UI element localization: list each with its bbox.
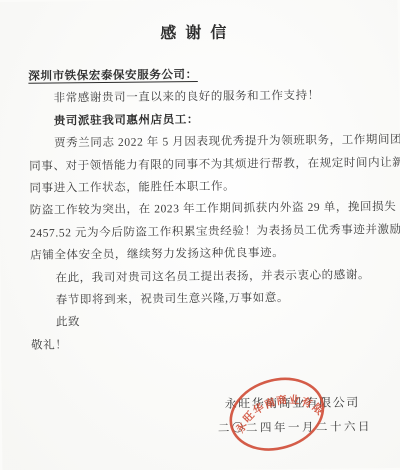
body-line: 同事、对于领悟能力有限的同事不为其烦进行帮教，在规定时间内让新 [29, 152, 373, 178]
body-line: 2457.52 元为今后防盗工作积累宝贵经验！为表扬员工优秀事迹并激励 [30, 219, 374, 245]
closing-salute-line: 敬礼！ [31, 331, 375, 357]
letter-title: 感谢信 [0, 0, 398, 45]
scanned-letter-page: 感谢信 深圳市铁保宏泰保安服务公司： 非常感谢贵司一直以来的良好的服务和工作支持… [0, 0, 400, 470]
signature-block: 永旺华南商业有限公司 二〇二四年一月二十六日 [2, 390, 400, 444]
body-line: 在此，我司对贵司这名员工提出表扬，并表示衷心的感谢。 [30, 264, 374, 290]
body-line: 贾秀兰同志 2022 年 5 月因表现优秀提升为领班职务，工作期间团结 [29, 129, 373, 155]
signature-date: 二〇二四年一月二十六日 [2, 414, 400, 444]
letter-body: 深圳市铁保宏泰保安服务公司： 非常感谢贵司一直以来的良好的服务和工作支持！ 贵司… [28, 62, 375, 357]
